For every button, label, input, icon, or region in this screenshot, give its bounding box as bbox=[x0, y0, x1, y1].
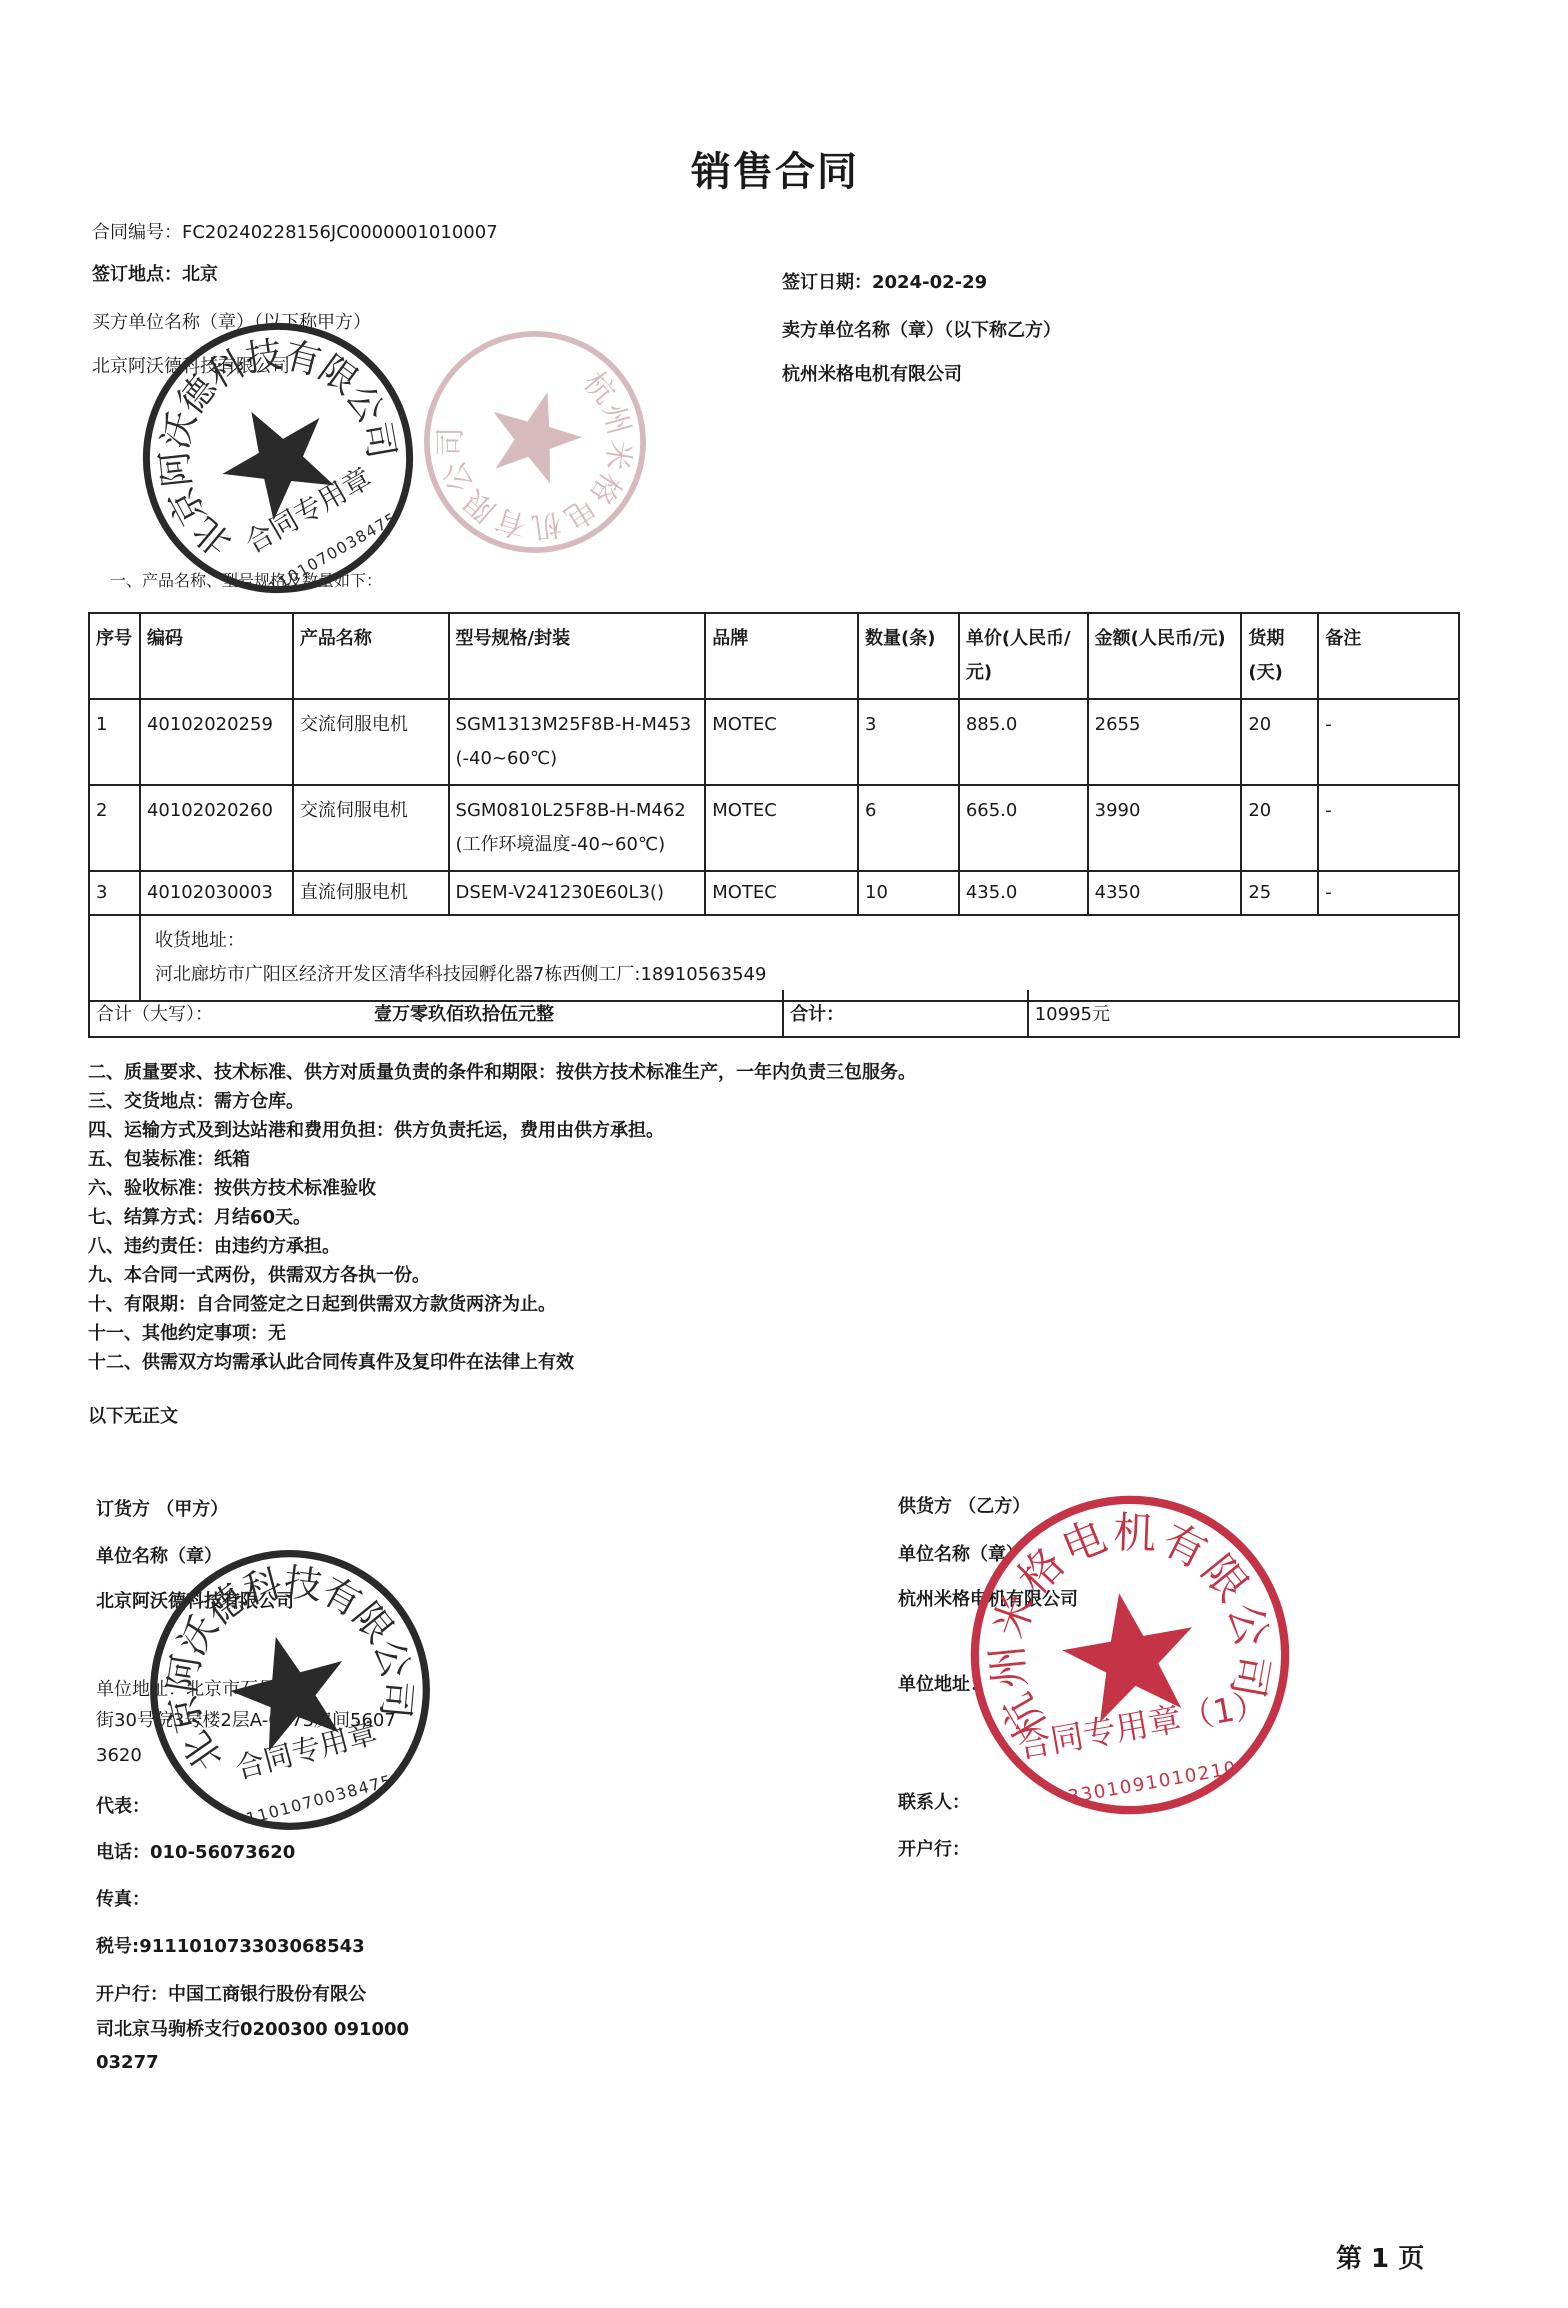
seller-label: 卖方单位名称（章）（以下称乙方） bbox=[782, 316, 1061, 342]
signing-date: 签订日期：2024-02-29 bbox=[782, 268, 987, 294]
svg-text:机: 机 bbox=[1112, 1508, 1157, 1560]
cell-product: 直流伺服电机 bbox=[293, 871, 449, 915]
address-cell: 收货地址： 河北廊坊市广阳区经济开发区清华科技园孵化器7栋西侧工厂:189105… bbox=[140, 915, 1459, 1001]
cell-code: 40102020260 bbox=[140, 785, 293, 871]
svg-text:有: 有 bbox=[1154, 1515, 1215, 1579]
address-spacer-cell bbox=[89, 915, 140, 1001]
clause-item: 三、交货地点：需方仓库。 bbox=[88, 1087, 304, 1113]
cell-product: 交流伺服电机 bbox=[293, 785, 449, 871]
cell-price: 665.0 bbox=[959, 785, 1088, 871]
header-cell: 单价(人民币/元) bbox=[959, 613, 1088, 699]
cell-price: 885.0 bbox=[959, 699, 1088, 785]
clause-item: 二、质量要求、技术标准、供方对质量负责的条件和期限：按供方技术标准生产，一年内负… bbox=[88, 1058, 916, 1084]
party-a-representative: 代表： bbox=[96, 1792, 150, 1818]
header-cell: 品牌 bbox=[705, 613, 858, 699]
cell-brand: MOTEC bbox=[705, 871, 858, 915]
clause-item: 九、本合同一式两份，供需双方各执一份。 bbox=[88, 1261, 430, 1287]
cell-qty: 10 bbox=[858, 871, 959, 915]
product-table: 序号 编码 产品名称 型号规格/封装 品牌 数量(条) 单价(人民币/元) 金额… bbox=[88, 612, 1460, 1002]
svg-text:公: 公 bbox=[437, 456, 481, 498]
header-cell: 产品名称 bbox=[293, 613, 449, 699]
party-b-bank: 开户行： bbox=[898, 1835, 970, 1861]
buyer-label: 买方单位名称（章）（以下称甲方） bbox=[92, 308, 371, 334]
party-a-bank-1: 开户行：中国工商银行股份有限公 bbox=[96, 1980, 366, 2006]
party-a-bank-2: 司北京马驹桥支行0200300 091000 bbox=[96, 2015, 409, 2041]
clause-item: 十二、供需双方均需承认此合同传真件及复印件在法律上有效 bbox=[88, 1348, 574, 1374]
party-a-phone: 电话：010-56073620 bbox=[96, 1838, 295, 1864]
party-a-tax-id: 税号:911101073303068543 bbox=[96, 1932, 365, 1958]
svg-text:限: 限 bbox=[457, 482, 503, 528]
clause-item: 十一、其他约定事项：无 bbox=[88, 1319, 286, 1345]
cell-price: 435.0 bbox=[959, 871, 1088, 915]
svg-text:合同专用章（1）: 合同专用章（1） bbox=[1015, 1684, 1270, 1766]
header-cell: 金额(人民币/元) bbox=[1088, 613, 1242, 699]
delivery-address: 河北廊坊市广阳区经济开发区清华科技园孵化器7栋西侧工厂:18910563549 bbox=[155, 958, 1452, 992]
header-cell: 编码 bbox=[140, 613, 293, 699]
table-header-row: 序号 编码 产品名称 型号规格/封装 品牌 数量(条) 单价(人民币/元) 金额… bbox=[89, 613, 1459, 699]
party-b-address: 单位地址： bbox=[898, 1670, 988, 1696]
buyer-name: 北京阿沃德科技有限公司 bbox=[92, 352, 290, 378]
cell-amount: 4350 bbox=[1088, 871, 1242, 915]
table-row: 2 40102020260 交流伺服电机 SGM0810L25F8B-H-M46… bbox=[89, 785, 1459, 871]
cell-model: DSEM-V241230E60L3() bbox=[449, 871, 706, 915]
cell-model: SGM0810L25F8B-H-M462(工作环境温度-40~60℃) bbox=[449, 785, 706, 871]
party-a-address-2: 街30号院3号楼2层A-0773房间5607 bbox=[96, 1706, 396, 1732]
party-a-name: 北京阿沃德科技有限公司 bbox=[96, 1587, 294, 1613]
cell-seq: 1 bbox=[89, 699, 140, 785]
clause-item: 六、验收标准：按供方技术标准验收 bbox=[88, 1174, 376, 1200]
header-cell: 序号 bbox=[89, 613, 140, 699]
cell-lead: 25 bbox=[1241, 871, 1318, 915]
totals-row: 合计（大写）：壹万零玖佰玖拾伍元整 合计： 10995元 bbox=[89, 990, 1459, 1037]
party-a-heading: 订货方 （甲方） bbox=[96, 1495, 228, 1521]
end-note: 以下无正文 bbox=[88, 1402, 178, 1428]
svg-text:公: 公 bbox=[1218, 1598, 1277, 1652]
svg-text:有: 有 bbox=[315, 1568, 369, 1625]
total-label: 合计： bbox=[783, 990, 1028, 1037]
svg-text:机: 机 bbox=[529, 506, 563, 545]
clause-item: 四、运输方式及到达站港和费用负担：供方负责托运，费用由供方承担。 bbox=[88, 1116, 664, 1142]
clause-item: 十、有限期：自合同签定之日起到供需双方款货两济为止。 bbox=[88, 1290, 556, 1316]
svg-text:州: 州 bbox=[595, 400, 637, 438]
total-value: 10995元 bbox=[1028, 990, 1459, 1037]
cell-seq: 2 bbox=[89, 785, 140, 871]
header-cell: 货期(天) bbox=[1241, 613, 1318, 699]
cell-qty: 6 bbox=[858, 785, 959, 871]
totals-table: 合计（大写）：壹万零玖佰玖拾伍元整 合计： 10995元 bbox=[88, 990, 1460, 1038]
party-a-bank-3: 03277 bbox=[96, 2052, 159, 2073]
party-b-name: 杭州米格电机有限公司 bbox=[898, 1585, 1078, 1611]
seller-faded-seal: 杭州米格电机有限公司 bbox=[420, 292, 650, 592]
svg-text:米: 米 bbox=[598, 437, 637, 472]
svg-text:1101070038475: 1101070038475 bbox=[244, 1771, 394, 1828]
party-b-name-label: 单位名称（章） bbox=[898, 1540, 1024, 1566]
svg-text:阿: 阿 bbox=[152, 448, 199, 489]
svg-text:电: 电 bbox=[1055, 1511, 1114, 1574]
table-row: 3 40102030003 直流伺服电机 DSEM-V241230E60L3()… bbox=[89, 871, 1459, 915]
clause-item: 五、包装标准：纸箱 bbox=[88, 1145, 250, 1171]
party-a-address-1: 单位地址：北京市石景山区 bbox=[96, 1675, 312, 1701]
header-cell: 数量(条) bbox=[858, 613, 959, 699]
cell-product: 交流伺服电机 bbox=[293, 699, 449, 785]
svg-text:司: 司 bbox=[355, 418, 404, 461]
svg-text:合同专用章: 合同专用章 bbox=[239, 461, 377, 560]
cell-code: 40102020259 bbox=[140, 699, 293, 785]
svg-text:3301091010210: 3301091010210 bbox=[1066, 1758, 1239, 1808]
party-b-contact: 联系人： bbox=[898, 1788, 970, 1814]
party-a-fax: 传真： bbox=[96, 1885, 150, 1911]
total-upper-value: 壹万零玖佰玖拾伍元整 bbox=[374, 1004, 554, 1025]
svg-text:公: 公 bbox=[337, 377, 393, 431]
svg-text:北: 北 bbox=[184, 509, 240, 565]
cell-seq: 3 bbox=[89, 871, 140, 915]
page-number: 第 1 页 bbox=[1336, 2238, 1424, 2275]
svg-text:司: 司 bbox=[1221, 1651, 1278, 1702]
document-title: 销售合同 bbox=[0, 140, 1550, 197]
svg-text:限: 限 bbox=[344, 1594, 402, 1651]
svg-text:杭: 杭 bbox=[993, 1685, 1058, 1747]
svg-text:公: 公 bbox=[366, 1634, 419, 1683]
product-intro: 一、产品名称、型号规格及数量如下： bbox=[110, 568, 382, 591]
svg-text:州: 州 bbox=[982, 1643, 1036, 1691]
svg-text:有: 有 bbox=[492, 501, 531, 543]
cell-qty: 3 bbox=[858, 699, 959, 785]
seller-name: 杭州米格电机有限公司 bbox=[782, 360, 962, 386]
cell-brand: MOTEC bbox=[705, 785, 858, 871]
party-b-heading: 供货方 （乙方） bbox=[898, 1492, 1030, 1518]
party-a-address-3: 3620 bbox=[96, 1745, 142, 1766]
header-cell: 型号规格/封装 bbox=[449, 613, 706, 699]
svg-text:沃: 沃 bbox=[170, 1607, 227, 1662]
svg-text:沃: 沃 bbox=[153, 406, 204, 453]
header-cell: 备注 bbox=[1318, 613, 1459, 699]
party-a-name-label: 单位名称（章） bbox=[96, 1542, 222, 1568]
total-upper-cell: 合计（大写）：壹万零玖佰玖拾伍元整 bbox=[89, 990, 783, 1037]
cell-brand: MOTEC bbox=[705, 699, 858, 785]
cell-code: 40102030003 bbox=[140, 871, 293, 915]
svg-text:杭: 杭 bbox=[576, 365, 622, 410]
cell-amount: 3990 bbox=[1088, 785, 1242, 871]
cell-note: - bbox=[1318, 871, 1459, 915]
clause-item: 七、结算方式：月结60天。 bbox=[88, 1203, 311, 1229]
address-row: 收货地址： 河北廊坊市广阳区经济开发区清华科技园孵化器7栋西侧工厂:189105… bbox=[89, 915, 1459, 1001]
svg-text:格: 格 bbox=[582, 466, 628, 510]
clause-item: 八、违约责任：由违约方承担。 bbox=[88, 1232, 340, 1258]
svg-text:电: 电 bbox=[558, 490, 602, 536]
contract-number: 合同编号：FC20240228156JC0000001010007 bbox=[92, 218, 498, 244]
svg-text:京: 京 bbox=[160, 480, 215, 532]
cell-model: SGM1313M25F8B-H-M453(-40~60℃) bbox=[449, 699, 706, 785]
cell-lead: 20 bbox=[1241, 699, 1318, 785]
table-row: 1 40102020259 交流伺服电机 SGM1313M25F8B-H-M45… bbox=[89, 699, 1459, 785]
total-upper-label: 合计（大写）： bbox=[96, 1000, 374, 1026]
cell-lead: 20 bbox=[1241, 785, 1318, 871]
svg-text:司: 司 bbox=[434, 427, 469, 457]
address-label: 收货地址： bbox=[155, 924, 1452, 958]
cell-note: - bbox=[1318, 785, 1459, 871]
signing-place: 签订地点：北京 bbox=[92, 260, 218, 286]
cell-note: - bbox=[1318, 699, 1459, 785]
cell-amount: 2655 bbox=[1088, 699, 1242, 785]
svg-text:限: 限 bbox=[311, 347, 366, 403]
svg-text:限: 限 bbox=[1191, 1546, 1257, 1611]
